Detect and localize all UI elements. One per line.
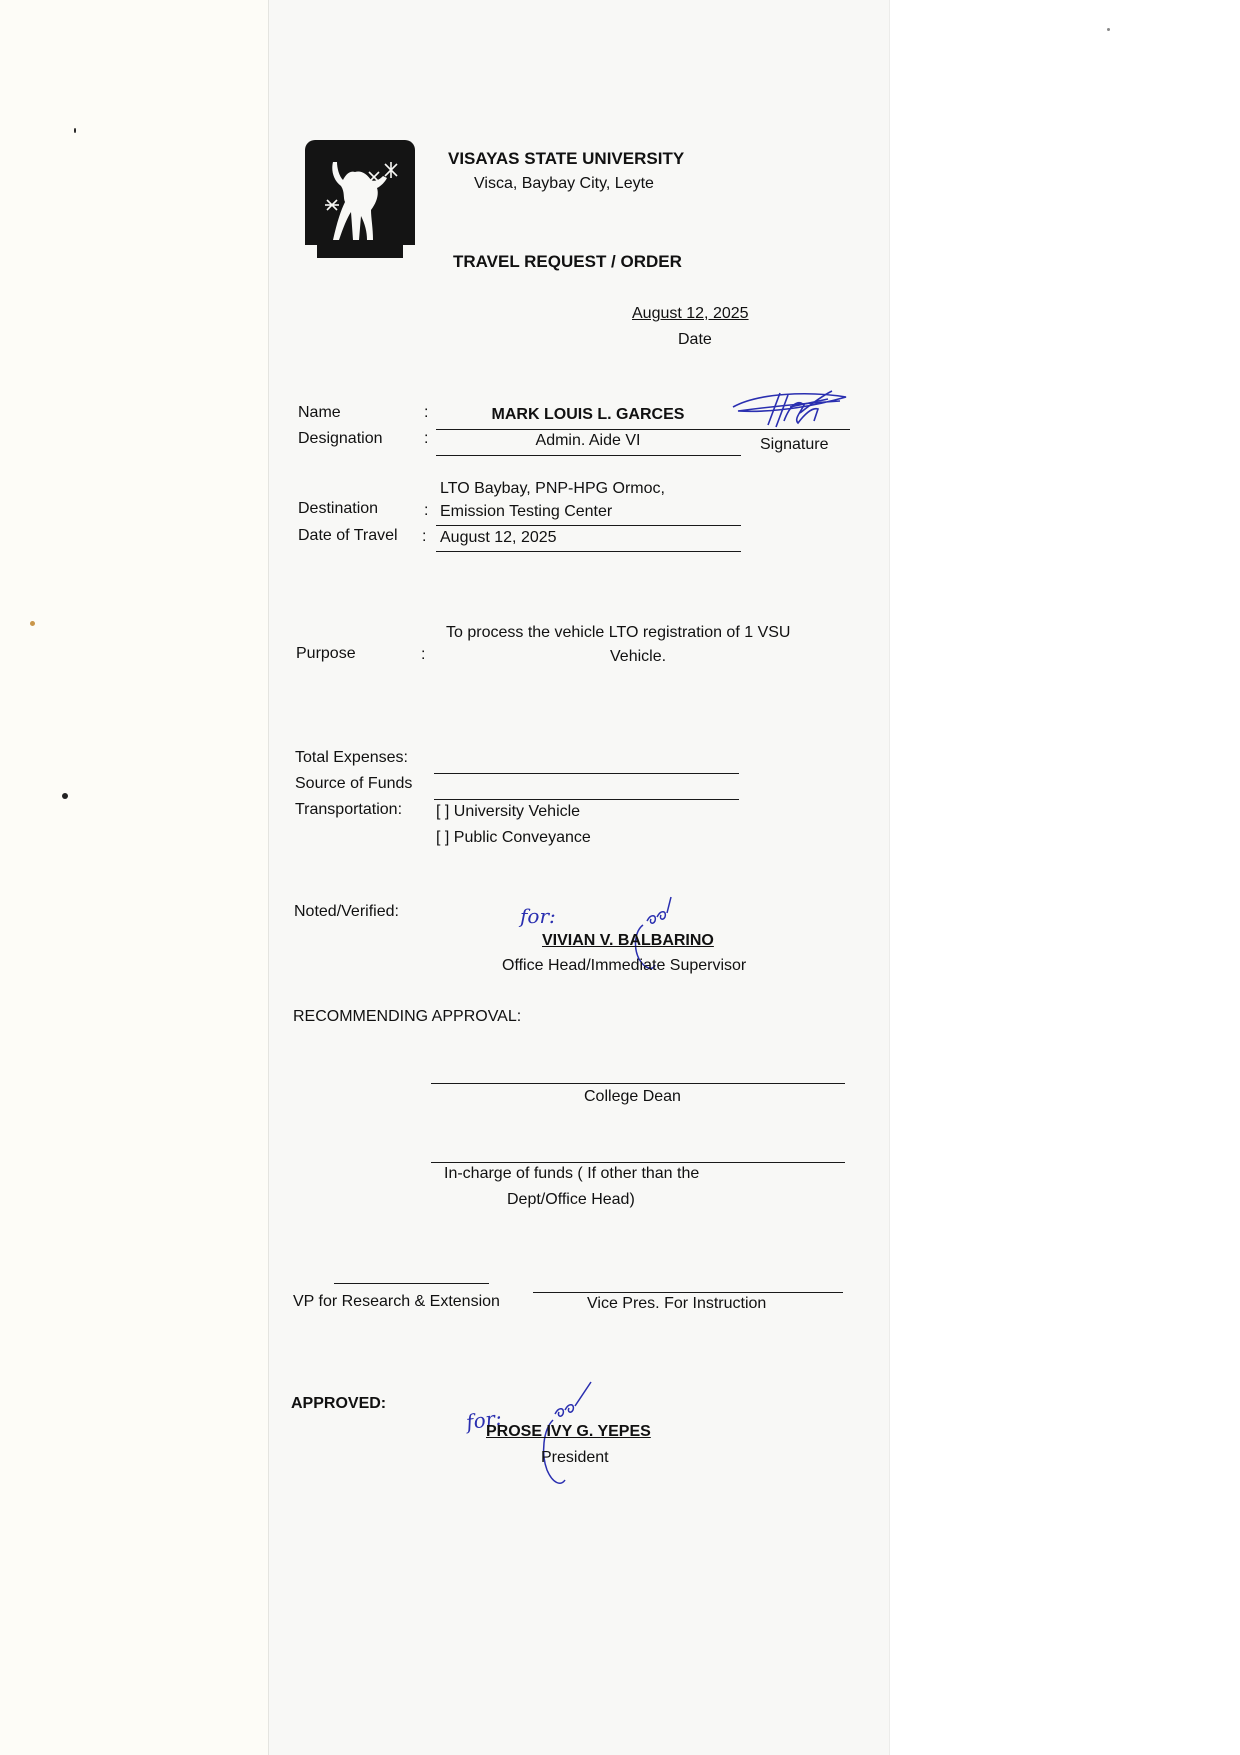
destination-line2[interactable]: Emission Testing Center [440,503,612,521]
option-label: Public Conveyance [454,829,591,846]
purpose-label: Purpose [296,645,356,663]
source-of-funds-label: Source of Funds [295,775,412,793]
vp-instruction-label: Vice Pres. For Instruction [587,1295,766,1313]
designation-underline [436,455,741,456]
date-of-travel-underline [436,551,741,552]
scan-speck [30,621,35,626]
date-value: August 12, 2025 [632,305,749,323]
transport-option-public-conveyance[interactable]: [ ] Public Conveyance [436,829,591,847]
recommending-approval-label: RECOMMENDING APPROVAL: [293,1008,521,1026]
total-expenses-field[interactable] [434,773,739,774]
checkbox-university-vehicle[interactable]: [ ] [436,803,449,820]
for-annotation: for: [520,904,556,928]
name-label: Name [298,404,341,422]
date-label: Date [678,331,712,349]
form-title: TRAVEL REQUEST / ORDER [453,252,682,272]
purpose-colon: : [421,646,425,664]
signature-mark [728,385,853,435]
transportation-label: Transportation: [295,801,402,819]
date-of-travel-colon: : [422,528,426,546]
transport-option-university-vehicle[interactable]: [ ] University Vehicle [436,803,580,821]
purpose-line1[interactable]: To process the vehicle LTO registration … [446,624,790,642]
vp-instruction-signature-line[interactable] [533,1292,843,1293]
scan-speck [62,793,68,799]
checkbox-public-conveyance[interactable]: [ ] [436,829,449,846]
name-field[interactable]: MARK LOUIS L. GARCES [436,406,740,424]
destination-colon: : [424,502,428,520]
college-dean-label: College Dean [584,1088,681,1106]
in-charge-funds-signature-line[interactable] [431,1162,845,1163]
institution-name: VISAYAS STATE UNIVERSITY [448,149,684,169]
scan-background-right [888,0,1240,1755]
purpose-line2[interactable]: Vehicle. [610,648,666,666]
scan-speck [1107,28,1110,31]
designation-field[interactable]: Admin. Aide VI [436,432,740,450]
approved-by-name: PROSE IVY G. YEPES [486,1423,651,1441]
destination-line1[interactable]: LTO Baybay, PNP-HPG Ormoc, [440,480,665,498]
designation-colon: : [424,430,428,448]
signature-label: Signature [760,436,829,454]
noted-verified-label: Noted/Verified: [294,903,399,921]
university-seal-icon [305,140,415,262]
in-charge-funds-label-line2: Dept/Office Head) [507,1191,635,1209]
vp-research-signature-line[interactable] [334,1283,489,1284]
approved-by-title: President [541,1449,609,1467]
designation-label: Designation [298,430,383,448]
option-label: University Vehicle [454,803,580,820]
in-charge-funds-label-line1: In-charge of funds ( If other than the [444,1165,699,1183]
scan-speck [74,128,76,133]
noted-by-title: Office Head/Immediate Supervisor [502,957,746,975]
destination-label: Destination [298,500,378,518]
vp-research-label: VP for Research & Extension [293,1293,500,1311]
source-of-funds-field[interactable] [434,799,739,800]
destination-underline [436,525,741,526]
college-dean-signature-line[interactable] [431,1083,845,1084]
noted-by-name: VIVIAN V. BALBARINO [542,932,714,950]
date-of-travel-field[interactable]: August 12, 2025 [440,529,557,547]
approved-label: APPROVED: [291,1395,386,1413]
institution-address: Visca, Baybay City, Leyte [474,175,654,193]
name-colon: : [424,404,428,422]
total-expenses-label: Total Expenses: [295,749,408,767]
date-of-travel-label: Date of Travel [298,527,398,545]
